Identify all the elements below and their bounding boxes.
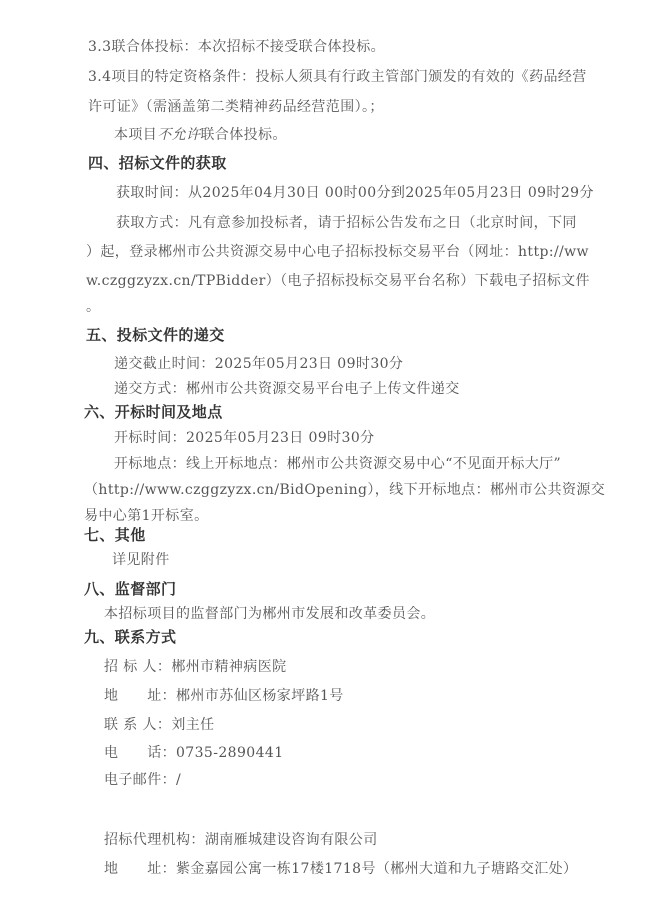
document-acquisition-time: 获取时间：从2025年04月30日 00时00分到2025年05月23日 09时… — [116, 184, 594, 202]
consortium-bid-clause: 3.3联合体投标：本次招标不接受联合体投标。 — [88, 38, 385, 56]
section-6-heading: 六、开标时间及地点 — [84, 403, 223, 421]
contact-email: 电子邮件：/ — [104, 771, 181, 789]
tenderer-value: 郴州市精神病医院 — [171, 659, 286, 675]
section-7-heading: 七、其他 — [84, 526, 146, 544]
submission-method: 递交方式：郴州市公共资源交易平台电子上传文件递交 — [114, 380, 460, 398]
tenderer-label: 招 标 人： — [104, 658, 171, 676]
consortium-note-suffix: 联合体投标。 — [200, 127, 286, 143]
consortium-note: 本项目不允许联合体投标。 — [114, 126, 287, 144]
contact-tenderer: 招 标 人：郴州市精神病医院 — [104, 658, 287, 676]
contact-person-label: 联 系 人： — [104, 716, 171, 734]
address-label: 地 址： — [104, 687, 176, 705]
phone-value: 0735-2890441 — [176, 745, 284, 761]
agency-name: 招标代理机构：湖南雁城建设咨询有限公司 — [104, 831, 378, 849]
email-label: 电子邮件： — [104, 771, 176, 789]
agency-address: 地 址：紫金嘉园公寓一栋17楼1718号（郴州大道和九子塘路交汇处） — [104, 860, 577, 878]
agency-address-value: 紫金嘉园公寓一栋17楼1718号（郴州大道和九子塘路交汇处） — [176, 861, 577, 877]
qualification-clause-line-2: 许可证》（需涵盖第二类精神药品经营范围）。； — [88, 98, 384, 116]
section-9-heading: 九、联系方式 — [84, 628, 176, 646]
document-acquisition-method-line-1: 获取方式：凡有意参加投标者，请于招标公告发布之日（北京时间，下同 — [116, 214, 577, 232]
address-value: 郴州市苏仙区杨家坪路1号 — [176, 688, 344, 704]
other-details: 详见附件 — [112, 551, 170, 569]
supervision-department: 本招标项目的监督部门为郴州市发展和改革委员会。 — [104, 605, 435, 623]
phone-label: 电 话： — [104, 744, 176, 762]
agency-label: 招标代理机构： — [104, 831, 205, 849]
bid-opening-place-line-3: 易中心第1开标室。 — [84, 507, 209, 525]
section-4-heading: 四、招标文件的获取 — [88, 154, 227, 172]
agency-address-label: 地 址： — [104, 860, 176, 878]
email-value: / — [176, 772, 181, 788]
contact-person: 联 系 人：刘主任 — [104, 716, 215, 734]
section-8-heading: 八、监督部门 — [84, 580, 176, 598]
consortium-note-emphasis: 不允许 — [157, 127, 200, 143]
agency-value: 湖南雁城建设咨询有限公司 — [205, 832, 378, 848]
submission-deadline: 递交截止时间：2025年05月23日 09时30分 — [114, 355, 403, 373]
bid-opening-place-line-1: 开标地点：线上开标地点：郴州市公共资源交易中心“不见面开标大厅” — [114, 455, 561, 473]
contact-phone: 电 话：0735-2890441 — [104, 744, 284, 762]
bid-opening-time: 开标时间：2025年05月23日 09时30分 — [114, 429, 375, 447]
qualification-clause-line-1: 3.4项目的特定资格条件：投标人须具有行政主管部门颁发的有效的《药品经营 — [88, 68, 587, 86]
document-acquisition-method-line-4: 。 — [86, 298, 100, 316]
document-acquisition-method-line-2: ）起，登录郴州市公共资源交易中心电子招标投标交易平台（网址：http://ww — [86, 243, 589, 261]
consortium-note-prefix: 本项目 — [114, 127, 157, 143]
document-acquisition-method-line-3: w.czggzyzx.cn/TPBidder）（电子招标投标交易平台名称）下载电… — [86, 272, 590, 290]
contact-address: 地 址：郴州市苏仙区杨家坪路1号 — [104, 687, 344, 705]
contact-person-value: 刘主任 — [171, 717, 214, 733]
section-5-heading: 五、投标文件的递交 — [86, 326, 225, 344]
bid-opening-place-line-2: （http://www.czggzyzx.cn/BidOpening），线下开标… — [84, 481, 605, 499]
